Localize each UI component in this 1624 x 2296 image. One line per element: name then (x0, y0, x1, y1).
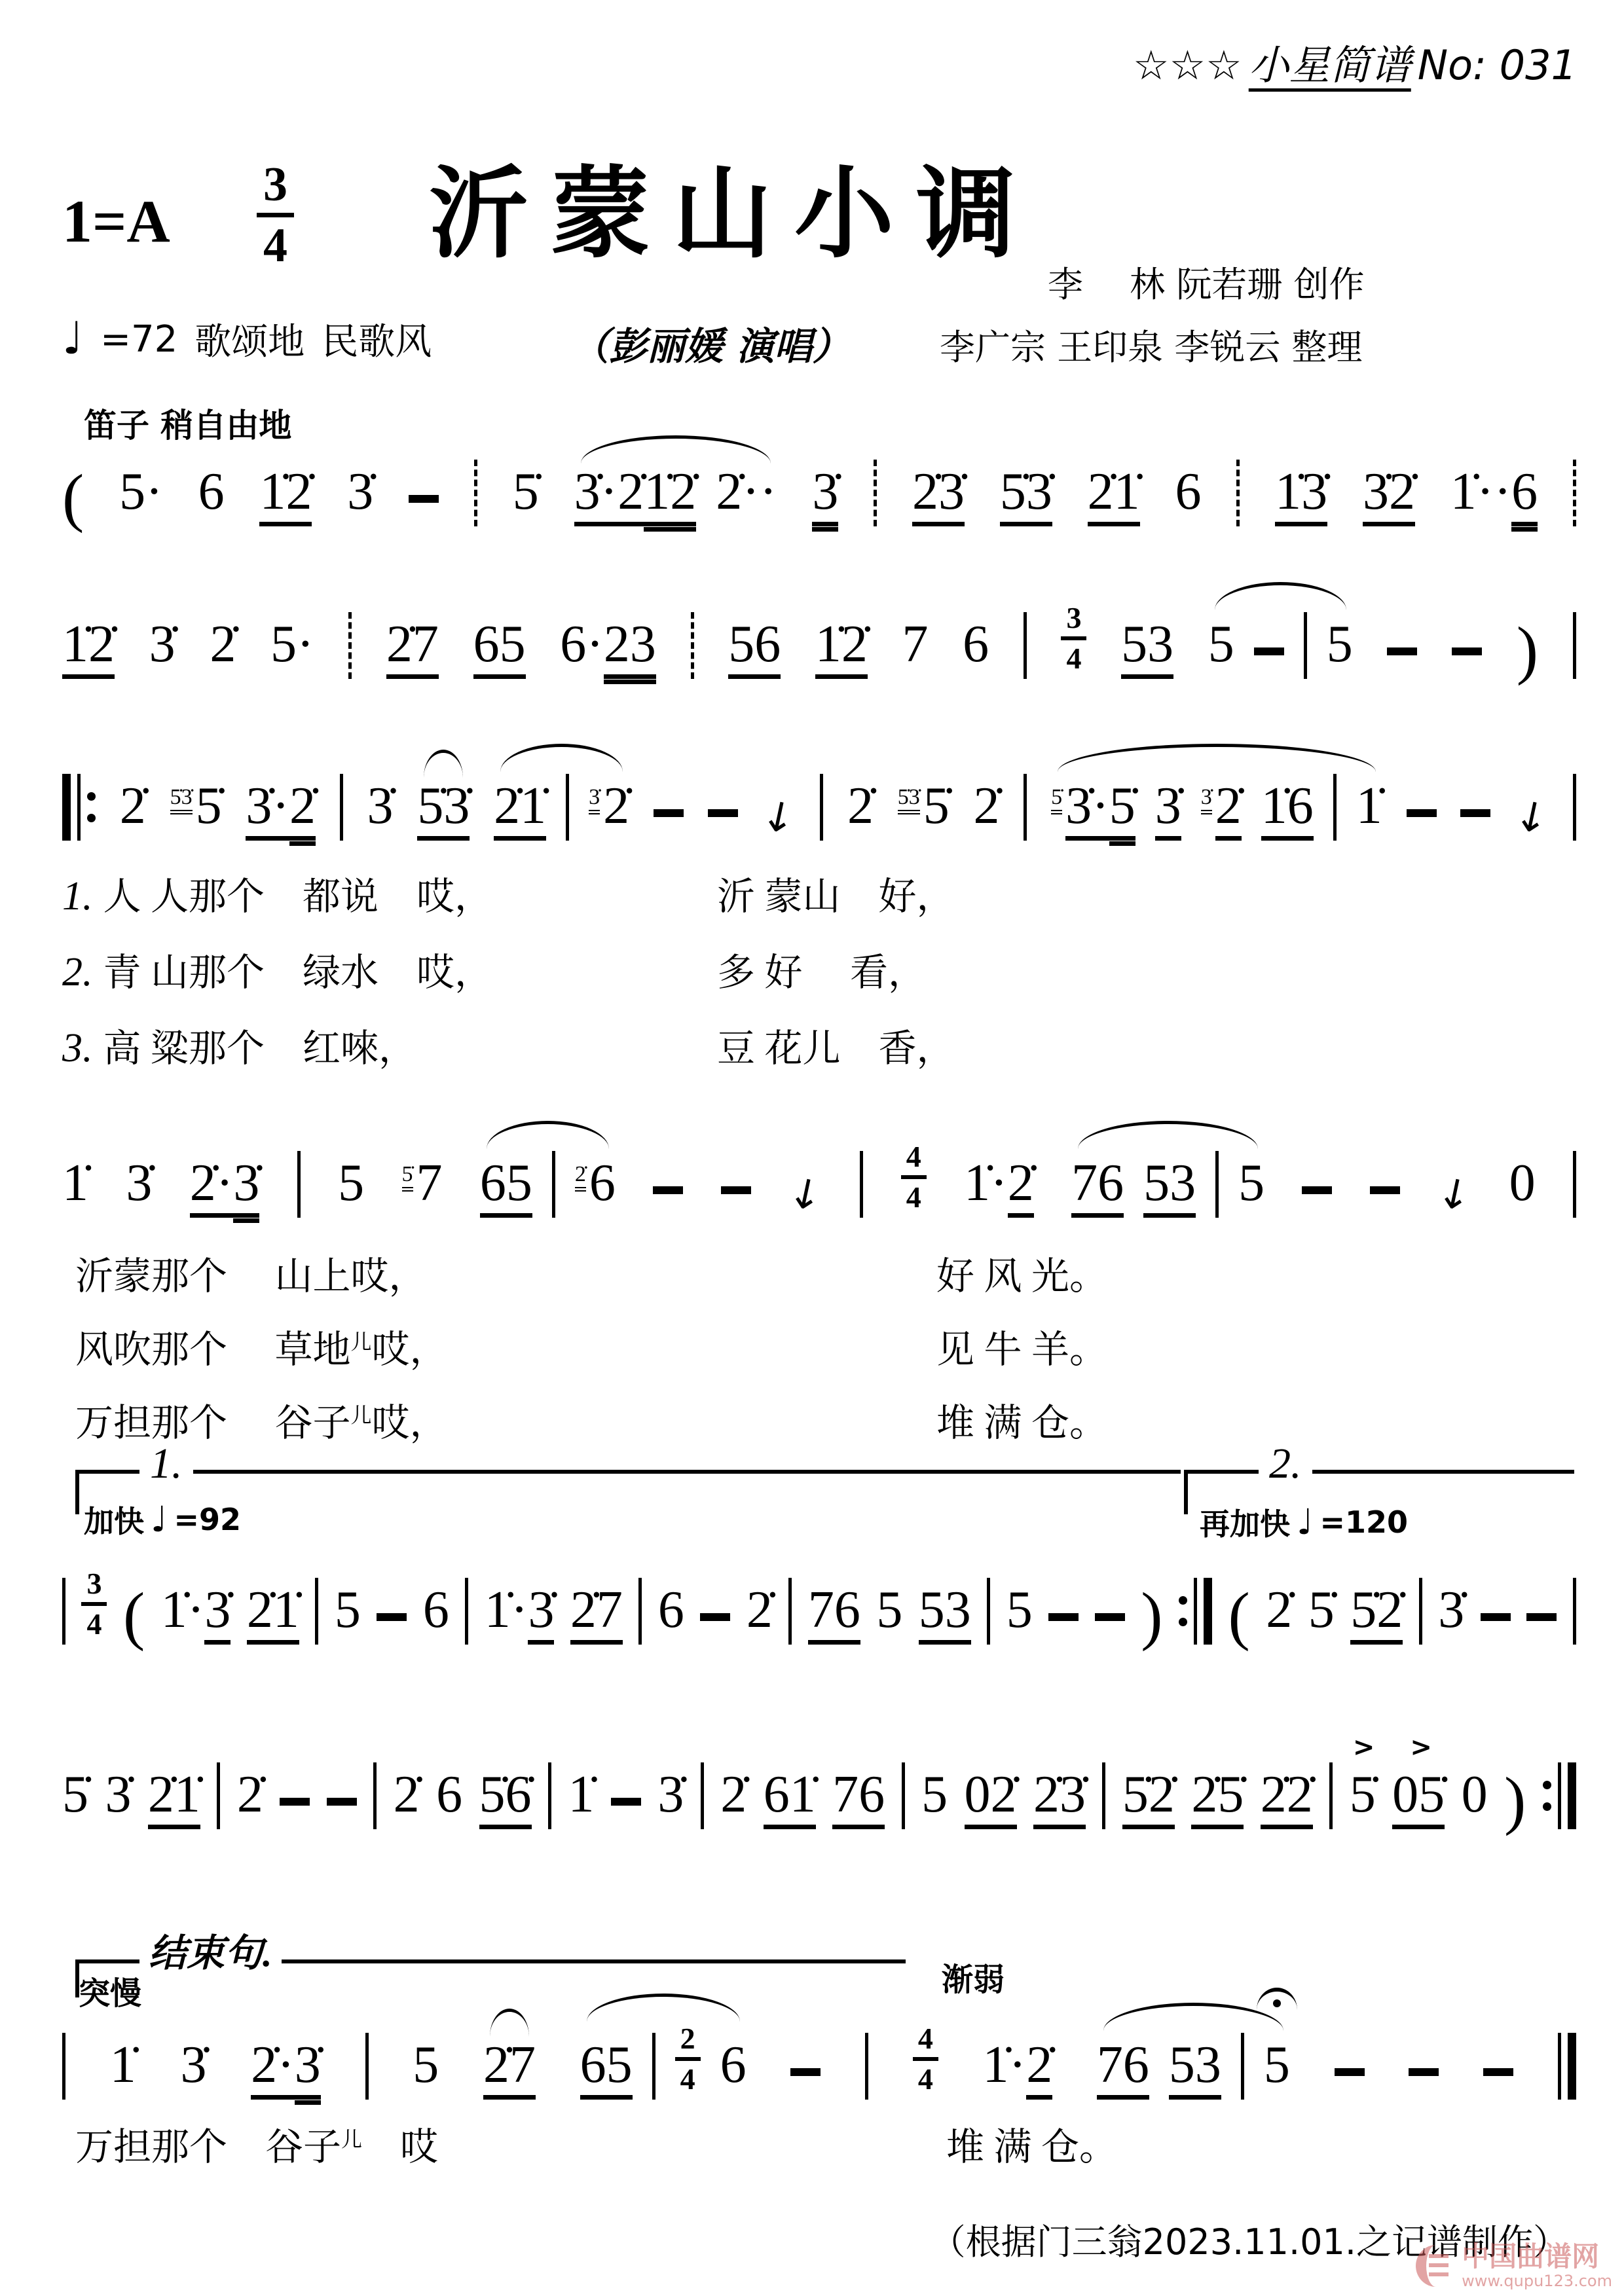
fermata-dot (1273, 1999, 1281, 2007)
note: 2̇7 (570, 1584, 623, 1645)
music-line-5: 34(1̇·3̇2̇1̇561̇·3̇2̇762̇765535)(2̇5̇5̇2… (62, 1558, 1576, 1645)
note-text: 2̇· (251, 2039, 295, 2100)
note: 65 (480, 1157, 532, 1218)
note: 53 (1169, 2039, 1221, 2100)
note: 76 (1097, 2039, 1149, 2100)
note: 65 (473, 618, 526, 679)
barline (1215, 1151, 1219, 1218)
final-barline (1558, 2033, 1576, 2100)
note-text: 3̇ (1438, 1584, 1464, 1645)
note-text: 2̇ (1266, 1584, 1292, 1645)
note: 0 (1462, 1768, 1488, 1829)
publisher-brand: 小星简谱 (1249, 41, 1411, 89)
note: 3̇2̇ (1201, 780, 1242, 841)
note: 5̇2̇ (1122, 1768, 1175, 1829)
lyric-text-left: 风吹那个 草地儿哎， (75, 1328, 448, 1371)
note-text: 53 (1121, 618, 1173, 679)
sheet-number: No: 031 (1418, 41, 1577, 89)
note: 3̇ (126, 1157, 152, 1218)
dash-prolong (377, 1613, 407, 1621)
note: 76 (808, 1584, 860, 1645)
volta-1-bracket: 1. (75, 1470, 1181, 1514)
barline (365, 2033, 369, 2100)
note: 2̇ (210, 618, 236, 679)
dash-prolong (721, 1186, 751, 1194)
slur-group: 652̇6 (480, 1151, 616, 1218)
note-text: 3̇·2̇ (574, 465, 644, 526)
note-text: 1̇6 (1261, 780, 1314, 841)
note: 2̇ (847, 780, 874, 841)
slur-group: 76535 (1071, 1151, 1264, 1218)
style-label-2: 民歌风 (322, 313, 432, 365)
repeat-end-barline (1543, 1762, 1576, 1829)
arranger-credit: 李广宗 王印泉 李锐云 整理 (940, 319, 1363, 370)
barline (465, 1578, 468, 1645)
note-text: 05̇ (1392, 1768, 1445, 1829)
volta-1-tempo-text: 加快 (84, 1498, 144, 1541)
barline (566, 774, 569, 841)
note: 6 (423, 1584, 449, 1645)
note-text: 6 (963, 618, 989, 679)
note: 6 (658, 1584, 684, 1645)
note-text: 65 (473, 618, 526, 679)
note-text: 7 (416, 1157, 443, 1218)
repeat-start-barline (62, 774, 96, 841)
volta-1-tempo: 加快 ♩=92 (84, 1498, 241, 1541)
music-line-3: 2̇5̇3̇5̇3̇·2̇3̇5̇3̇2̇1̇3̇2̇↓2̇5̇3̇5̇2̇5̇… (62, 754, 1576, 841)
note-text: 3̇ (105, 1768, 131, 1829)
note: 2̇1̇ (494, 780, 546, 841)
note-text: 2̇1̇ (494, 780, 546, 841)
time-signature: 44 (901, 1142, 927, 1212)
qupu-watermark-url: www.qupu123.com (1462, 2272, 1612, 2291)
thin-barline (1558, 1762, 1561, 1829)
note: 3̇ (657, 1768, 684, 1829)
note-text: 53 (1169, 2039, 1221, 2100)
barline (1024, 774, 1027, 841)
lyric-verse-2: 2.青 山那个 绿水 哎，多 好 看， (62, 941, 1576, 1004)
barline (217, 1762, 220, 1829)
key-signature: 1=A (62, 191, 170, 251)
note-text: 6 (589, 1157, 616, 1218)
singer-credit: （彭丽媛 演唱） (571, 316, 850, 371)
barline (638, 1578, 642, 1645)
note: 1̇·2̇ (983, 2039, 1053, 2100)
falloff-arrow-icon: ↓ (758, 794, 800, 841)
dashed-barline (1236, 460, 1240, 526)
ts-numerator: 4 (918, 2024, 933, 2054)
note: 5̇6̇ (479, 1768, 532, 1829)
barline (297, 1151, 301, 1218)
note: 5 (413, 2039, 439, 2100)
note-text: 5 (1264, 2039, 1290, 2100)
note-text: 6 (1175, 465, 1201, 526)
note: 2̇·3̇ (190, 1157, 260, 1218)
dash-prolong (1407, 809, 1437, 817)
note-text: 2̇ (1008, 1157, 1034, 1218)
repeat-dots (1543, 1781, 1551, 1811)
barline (701, 1762, 704, 1829)
dash-prolong (1048, 1613, 1079, 1621)
note-text: 3̇ (149, 618, 175, 679)
note-text: 2̇ (237, 1768, 263, 1829)
lyric-text-right: 堆 满 仓。 (946, 2116, 1117, 2171)
note-text: 2̇ (210, 618, 236, 679)
note-text: 1̇· (964, 1157, 1008, 1218)
quarter-note-icon: ♩ (62, 317, 83, 361)
note: 02̇ (965, 1768, 1017, 1829)
lyric-verse-1: 1.人 人那个 都说 哎，沂 蒙山 好， (62, 866, 1576, 928)
thin-barline (1194, 1578, 1197, 1645)
note: 1̇ (110, 2039, 136, 2100)
note-text: 6 (436, 1768, 462, 1829)
composer-credit: 李 林 阮若珊 创作 (1048, 257, 1365, 307)
repeat-dot (1543, 1781, 1551, 1789)
slur-group: 2̇1̇3̇2̇ (494, 774, 629, 841)
note: 2̇·· (716, 465, 777, 526)
verse-number: 1. (62, 874, 93, 919)
note-text: 5̇2̇ (1350, 1584, 1403, 1645)
note-text: 76 (1071, 1157, 1124, 1218)
falloff-arrow-icon: ↓ (784, 1171, 826, 1218)
note-text: 2̇ (720, 1768, 747, 1829)
note-text: 3̇ (126, 1157, 152, 1218)
note-text: 76 (832, 1768, 885, 1829)
note-text: 2̇1̇ (247, 1584, 299, 1645)
dash-prolong (1483, 2068, 1513, 2076)
dash-prolong (327, 1798, 357, 1806)
note: 5̇2̇ (1350, 1584, 1403, 1645)
note: 3̇ (1155, 780, 1181, 841)
note-text: 65 (580, 2039, 633, 2100)
verse-number: 2. (62, 950, 93, 994)
note-text: 5̇6̇ (479, 1768, 532, 1829)
music-line-1: (5·61̇2̇3̇5̇3̇·2̇1̇2̇2̇··3̇2̇3̇5̇3̇2̇1̇6… (62, 440, 1576, 526)
note: 76 (1071, 1157, 1124, 1218)
note: 2̇2̇ (1261, 1768, 1313, 1829)
note: 1̇·3̇ (161, 1584, 231, 1645)
tempo-bpm: =72 (100, 318, 177, 361)
note: 3̇ (347, 465, 373, 526)
barline (62, 2033, 65, 2100)
note-text: 1̇3̇ (1275, 465, 1327, 526)
note-text: 2̇1̇ (1088, 465, 1140, 526)
barline (652, 2033, 655, 2100)
note-text: 1̇ (62, 1157, 88, 1218)
barline (1102, 1762, 1105, 1829)
note-text: 2̇·· (716, 465, 777, 526)
volta-2-tempo: 再加快 ♩=120 (1200, 1501, 1408, 1544)
ending-label: 结束句. (139, 1935, 282, 1973)
note: 5· (270, 618, 314, 679)
verse-number: 3. (62, 1026, 93, 1070)
note-text: 1̇ (568, 1768, 594, 1829)
ts-denominator: 4 (675, 2057, 701, 2094)
note: 5̇ (62, 1768, 88, 1829)
note: 2̇1̇ (148, 1768, 200, 1829)
note: 5̇ (513, 465, 539, 526)
barline (1419, 1578, 1422, 1645)
repeat-dot (1179, 1618, 1187, 1626)
parenthesis: ) (1517, 617, 1538, 683)
music-line-2: 1̇2̇3̇2̇5·2̇7656·23561̇2̇76345355) (62, 592, 1576, 679)
note: 5 (1264, 2039, 1290, 2100)
note-text: 3̇ (233, 1157, 259, 1218)
dash-prolong (1302, 1186, 1332, 1194)
grace-note: 2̇ (575, 1163, 586, 1192)
barline (902, 1762, 905, 1829)
note-text: 2̇7 (483, 2039, 536, 2100)
note: 53 (919, 1584, 971, 1645)
repeat-dot (1543, 1802, 1551, 1811)
repeat-dots (1179, 1596, 1187, 1626)
qupu-watermark-name: 中国曲谱网 (1462, 2241, 1612, 2272)
note-text: 2̇· (190, 1157, 234, 1218)
note-text: 1̇· (983, 2039, 1027, 2100)
time-signature: 44 (913, 2024, 938, 2094)
note: 3̇ (149, 618, 175, 679)
dash-prolong (790, 2068, 821, 2076)
accent-mark: > (1410, 1734, 1432, 1760)
note: 6 (436, 1768, 462, 1829)
dashed-barline (348, 612, 352, 679)
note: 61̇ (764, 1768, 816, 1829)
note: 1̇ (1356, 780, 1382, 841)
accent-mark: > (1353, 1734, 1375, 1760)
note: 5 (338, 1157, 364, 1218)
dashed-barline (474, 460, 477, 526)
qupu-logo-icon (1416, 2245, 1456, 2287)
ts-numerator: 4 (906, 1142, 921, 1172)
note-text: 3̇ (204, 1584, 231, 1645)
note-text: 2̇ (289, 780, 316, 841)
note-text: 3̇ (295, 2039, 321, 2100)
note: 2̇ (974, 780, 1000, 841)
lyric-stanza-3: 万担那个 谷子儿哎，堆 满 仓。 (62, 1392, 1589, 1455)
note-text: 02̇ (965, 1768, 1017, 1829)
thin-barline (1558, 2033, 1561, 2100)
repeat-dots (87, 792, 96, 822)
er-superscript: 儿 (351, 1404, 372, 1427)
slur-group: 5̇3̇ (417, 780, 470, 841)
slur-group: 3̇·2̇1̇2̇2̇·· (574, 465, 777, 526)
barline (860, 1151, 863, 1218)
note: 76 (832, 1768, 885, 1829)
lyric-text-left: 高 粱那个 红唻， (103, 1027, 417, 1070)
thick-barline (62, 774, 71, 841)
note-text: 6 (198, 465, 225, 526)
note-text: 5 (921, 1768, 948, 1829)
note-text: 65 (480, 1157, 532, 1218)
note: 1̇2̇ (815, 618, 868, 679)
dash-prolong (611, 1798, 641, 1806)
note: 3̇·2̇ (246, 780, 316, 841)
note-text: 5̇ (62, 1768, 88, 1829)
note: 2̇ (237, 1768, 263, 1829)
lyric-final: 万担那个 谷子儿 哎堆 满 仓。 (62, 2116, 1589, 2179)
dash-prolong (1095, 1613, 1125, 1621)
dash-prolong (1460, 809, 1490, 817)
volta-1-bpm: =92 (174, 1502, 241, 1537)
music-line-6: 5̇3̇2̇1̇2̇2̇65̇6̇1̇3̇2̇61̇76502̇2̇3̇5̇2̇… (62, 1743, 1576, 1829)
lyric-verse-3: 3.高 粱那个 红唻，豆 花儿 香， (62, 1017, 1576, 1080)
repeat-dot (1179, 1596, 1187, 1605)
thin-barline (77, 774, 81, 841)
suddenly-slow-label: 突慢 (79, 1968, 141, 2013)
ending-bracket: 结束句. (75, 1959, 906, 1997)
dash-prolong (653, 1186, 683, 1194)
slur-group: 2̇7 (483, 2039, 536, 2100)
note: 2̇ (394, 1768, 420, 1829)
note: 5̇7 (402, 1157, 443, 1218)
note: 3̇·2̇1̇2̇ (574, 465, 697, 526)
qupu-watermark: 中国曲谱网 www.qupu123.com (1416, 2241, 1612, 2291)
note-text: 3̇ (367, 780, 394, 841)
lyric-text-left: 万担那个 谷子儿哎， (75, 1402, 448, 1444)
parenthesis: ( (123, 1583, 145, 1649)
dash-prolong (1370, 1186, 1400, 1194)
note: 1̇ (568, 1768, 594, 1829)
lyric-stanza-2: 风吹那个 草地儿哎，见 牛 羊。 (62, 1319, 1589, 1381)
dash-prolong (708, 809, 738, 817)
note: 6 (720, 2039, 747, 2100)
music-line-4: 1̇3̇2̇·3̇55̇7652̇6↓441̇·2̇76535↓0 (62, 1131, 1576, 1218)
note-text: 3̇· (1065, 780, 1109, 841)
dash-prolong (1526, 1613, 1557, 1621)
note: 2̇ (747, 1584, 773, 1645)
note: 05̇> (1392, 1768, 1445, 1829)
note-text: 5̇ (513, 465, 539, 526)
note-text: 2̇1̇ (148, 1768, 200, 1829)
note-text: 23 (604, 618, 656, 679)
note-text: 76 (808, 1584, 860, 1645)
dash-prolong (654, 809, 684, 817)
note-text: 1̇2̇ (815, 618, 868, 679)
ts-denominator: 4 (81, 1602, 107, 1639)
note-text: 5 (1006, 1584, 1033, 1645)
dash-prolong (1335, 2068, 1365, 2076)
note: 1̇6 (1261, 780, 1314, 841)
parenthesis: ) (1504, 1768, 1526, 1833)
note-text: 2̇ (847, 780, 874, 841)
note-text: 6 (720, 2039, 747, 2100)
volta-1-label: 1. (139, 1442, 193, 1485)
note: 3̇2̇ (589, 780, 629, 841)
er-superscript: 儿 (341, 2128, 362, 2151)
slur-group: 65246 (580, 2024, 747, 2100)
slur-group: 76535 (1097, 2033, 1290, 2100)
barline (1241, 2033, 1244, 2100)
note: 5̇3̇ (417, 780, 470, 841)
barline (788, 1578, 792, 1645)
barline (340, 774, 343, 841)
lyric-text-left: 万担那个 谷子儿 哎 (75, 2126, 438, 2168)
slur-group: 5̇3̇·5̇3̇3̇2̇1̇61̇ (1051, 774, 1382, 841)
note-text: 53 (1143, 1157, 1196, 1218)
note-text: 3̇ (347, 465, 373, 526)
note: 5· (119, 465, 163, 526)
note-text: 5̇ (1308, 1584, 1335, 1645)
dashed-barline (691, 612, 694, 679)
note: 2̇·3̇ (251, 2039, 321, 2100)
dash-prolong (1387, 647, 1417, 655)
note-text: 5· (119, 465, 163, 526)
note-text: 5̇3̇ (1000, 465, 1052, 526)
dash-prolong (700, 1613, 730, 1621)
note: 3̇ (105, 1768, 131, 1829)
note: 6 (1175, 465, 1201, 526)
falloff-arrow-icon: ↓ (1511, 794, 1553, 841)
barline (865, 2033, 868, 2100)
note-text: 0 (1509, 1157, 1536, 1218)
lyric-text-left: 沂蒙那个 山上哎， (75, 1255, 427, 1298)
note-text: 56 (728, 618, 781, 679)
grace-note: 5̇3̇ (898, 786, 920, 814)
barline (1573, 612, 1576, 679)
barline (548, 1762, 551, 1829)
ts-denominator: 4 (901, 1175, 927, 1212)
barline (1329, 1762, 1333, 1829)
barline (1333, 774, 1337, 841)
repeat-end-barline (1179, 1578, 1212, 1645)
note: 2̇6 (575, 1157, 616, 1218)
note-text: 5 (335, 1584, 361, 1645)
time-signature-main: 3 4 (257, 160, 294, 270)
note: 5̇3̇ (1000, 465, 1052, 526)
note-text: 1̇ (110, 2039, 136, 2100)
note-text: 3̇ (657, 1768, 684, 1829)
ts-numerator: 3 (86, 1569, 101, 1599)
note-text: 6 (1511, 465, 1538, 526)
note: 5̇3̇·5̇ (1051, 780, 1135, 841)
note-text: 5̇3̇ (417, 780, 470, 841)
note: 1̇·2̇ (964, 1157, 1034, 1218)
note: 53 (1121, 618, 1173, 679)
ts-denominator: 4 (913, 2057, 938, 2094)
music-line-7: 1̇3̇2̇·3̇52̇765246441̇·2̇76535 (62, 2013, 1576, 2100)
ts-numerator: 2 (680, 2024, 695, 2054)
note-text: 1̇2̇ (644, 465, 696, 526)
barline (820, 774, 823, 841)
barline (373, 1762, 377, 1829)
thick-barline (1204, 1578, 1212, 1645)
note-text: 2̇ (1215, 780, 1242, 841)
style-label-1: 歌颂地 (194, 313, 304, 365)
note-text: 2̇5̇ (1191, 1768, 1244, 1829)
note: 3̇ (180, 2039, 206, 2100)
lyric-text-left: 人 人那个 都说 哎， (103, 875, 493, 918)
barline (1573, 774, 1576, 841)
note-text: 3̇· (246, 780, 289, 841)
volta-2-tempo-text: 再加快 (1200, 1501, 1290, 1544)
note-text: 5̇ (196, 780, 222, 841)
note-text: 53 (919, 1584, 971, 1645)
note-text: 5 (876, 1584, 902, 1645)
note-text: 7 (902, 618, 929, 679)
note: 6 (963, 618, 989, 679)
note-text: 1̇· (485, 1584, 528, 1645)
dashed-barline (874, 460, 877, 526)
volta-2-bpm: =120 (1319, 1504, 1408, 1540)
note-text: 2̇ (747, 1584, 773, 1645)
note-text: 6· (560, 618, 604, 679)
note: 5̇ (1308, 1584, 1335, 1645)
qupu-watermark-text: 中国曲谱网 www.qupu123.com (1462, 2241, 1612, 2291)
quarter-note-icon: ♩ (1297, 1504, 1313, 1540)
note-text: 2̇ (974, 780, 1000, 841)
note: 2̇1̇ (1088, 465, 1140, 526)
note-text: 5 (413, 2039, 439, 2100)
